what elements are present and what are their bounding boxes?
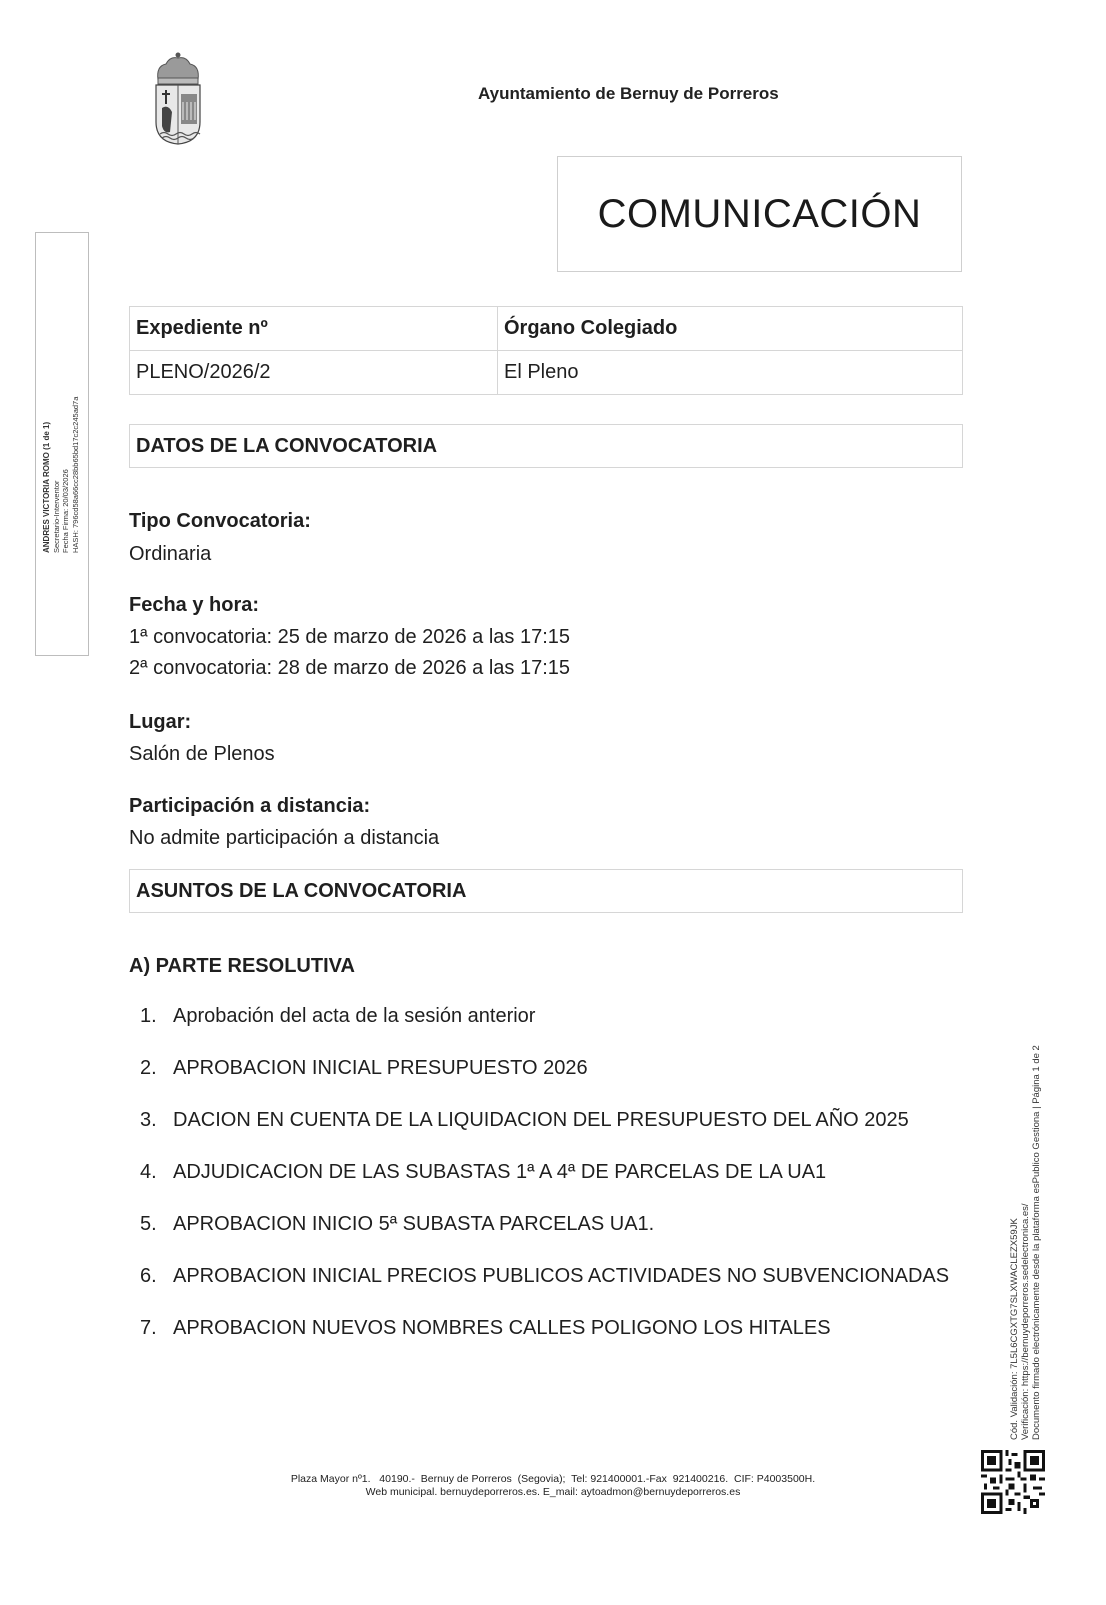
section-datos-convocatoria: DATOS DE LA CONVOCATORIA xyxy=(129,424,963,468)
document-type-title: COMUNICACIÓN xyxy=(598,192,922,237)
item-text: DACION EN CUENTA DE LA LIQUIDACION DEL P… xyxy=(173,1104,963,1136)
document-type-box: COMUNICACIÓN xyxy=(557,156,962,272)
parte-resolutiva-title: A) PARTE RESOLUTIVA xyxy=(129,955,355,978)
organo-value: El Pleno xyxy=(498,351,963,395)
footer-contact: Web municipal. bernuydeporreros.es. E_ma… xyxy=(0,1486,1106,1499)
item-number: 6. xyxy=(140,1260,173,1292)
list-item: 7.APROBACION NUEVOS NOMBRES CALLES POLIG… xyxy=(140,1312,963,1344)
item-number: 5. xyxy=(140,1208,173,1240)
list-item: 6.APROBACION INICIAL PRECIOS PUBLICOS AC… xyxy=(140,1260,963,1292)
item-number: 4. xyxy=(140,1156,173,1188)
organo-header: Órgano Colegiado xyxy=(498,307,963,351)
table-header-row: Expediente nº Órgano Colegiado xyxy=(130,307,963,351)
list-item: 5.APROBACION INICIO 5ª SUBASTA PARCELAS … xyxy=(140,1208,963,1240)
item-text: APROBACION NUEVOS NOMBRES CALLES POLIGON… xyxy=(173,1312,963,1344)
tipo-convocatoria-value: Ordinaria xyxy=(129,543,211,566)
verification-url[interactable]: Verificación: https://bernuydeporreros.s… xyxy=(1020,1045,1031,1440)
primera-convocatoria-value: 1ª convocatoria: 25 de marzo de 2026 a l… xyxy=(129,626,570,649)
list-item: 3.DACION EN CUENTA DE LA LIQUIDACION DEL… xyxy=(140,1104,963,1136)
footer-address: Plaza Mayor nº1. 40190.- Bernuy de Porre… xyxy=(0,1473,1106,1486)
item-text: ADJUDICACION DE LAS SUBASTAS 1ª A 4ª DE … xyxy=(173,1156,963,1188)
organization-name: Ayuntamiento de Bernuy de Porreros xyxy=(478,84,779,104)
signer-name: ANDRES VICTORIA ROMO (1 de 1) xyxy=(42,343,52,553)
item-number: 2. xyxy=(140,1052,173,1084)
page-footer: Plaza Mayor nº1. 40190.- Bernuy de Porre… xyxy=(0,1473,1106,1499)
participacion-distancia-label: Participación a distancia: xyxy=(129,795,370,818)
table-row: PLENO/2026/2 El Pleno xyxy=(130,351,963,395)
list-item: 4.ADJUDICACION DE LAS SUBASTAS 1ª A 4ª D… xyxy=(140,1156,963,1188)
list-item: 2.APROBACION INICIAL PRESUPUESTO 2026 xyxy=(140,1052,963,1084)
item-number: 3. xyxy=(140,1104,173,1136)
item-number: 1. xyxy=(140,1000,173,1032)
item-text: APROBACION INICIAL PRESUPUESTO 2026 xyxy=(173,1052,963,1084)
municipal-crest-icon xyxy=(150,52,206,146)
lugar-value: Salón de Plenos xyxy=(129,743,275,766)
signature-text: ANDRES VICTORIA ROMO (1 de 1) Secretario… xyxy=(42,343,80,553)
list-item: 1.Aprobación del acta de la sesión anter… xyxy=(140,1000,963,1032)
tipo-convocatoria-label: Tipo Convocatoria: xyxy=(129,510,311,533)
signer-role: Secretario-Interventor xyxy=(52,343,62,553)
expediente-table: Expediente nº Órgano Colegiado PLENO/202… xyxy=(129,306,963,395)
section-asuntos-convocatoria: ASUNTOS DE LA CONVOCATORIA xyxy=(129,869,963,913)
agenda-list: 1.Aprobación del acta de la sesión anter… xyxy=(140,1000,963,1364)
validation-code: Cód. Validación: 7L5L6CGXTG7SLXWACLEZX59… xyxy=(1009,1045,1020,1440)
platform-note: Documento firmado electrónicamente desde… xyxy=(1031,1045,1042,1440)
lugar-label: Lugar: xyxy=(129,711,191,734)
validation-text: Cód. Validación: 7L5L6CGXTG7SLXWACLEZX59… xyxy=(1009,1045,1042,1440)
signature-hash: HASH: 796cd58a66cc28bb65bd17c2c245ad7a xyxy=(71,343,81,553)
fecha-hora-label: Fecha y hora: xyxy=(129,594,259,617)
item-text: APROBACION INICIO 5ª SUBASTA PARCELAS UA… xyxy=(173,1208,963,1240)
segunda-convocatoria-value: 2ª convocatoria: 28 de marzo de 2026 a l… xyxy=(129,657,570,680)
expediente-value: PLENO/2026/2 xyxy=(130,351,498,395)
item-text: Aprobación del acta de la sesión anterio… xyxy=(173,1000,963,1032)
signature-date: Fecha Firma: 20/03/2026 xyxy=(61,343,71,553)
signature-stamp: ANDRES VICTORIA ROMO (1 de 1) Secretario… xyxy=(35,232,89,656)
participacion-distancia-value: No admite participación a distancia xyxy=(129,827,439,850)
item-number: 7. xyxy=(140,1312,173,1344)
item-text: APROBACION INICIAL PRECIOS PUBLICOS ACTI… xyxy=(173,1260,963,1292)
expediente-header: Expediente nº xyxy=(130,307,498,351)
